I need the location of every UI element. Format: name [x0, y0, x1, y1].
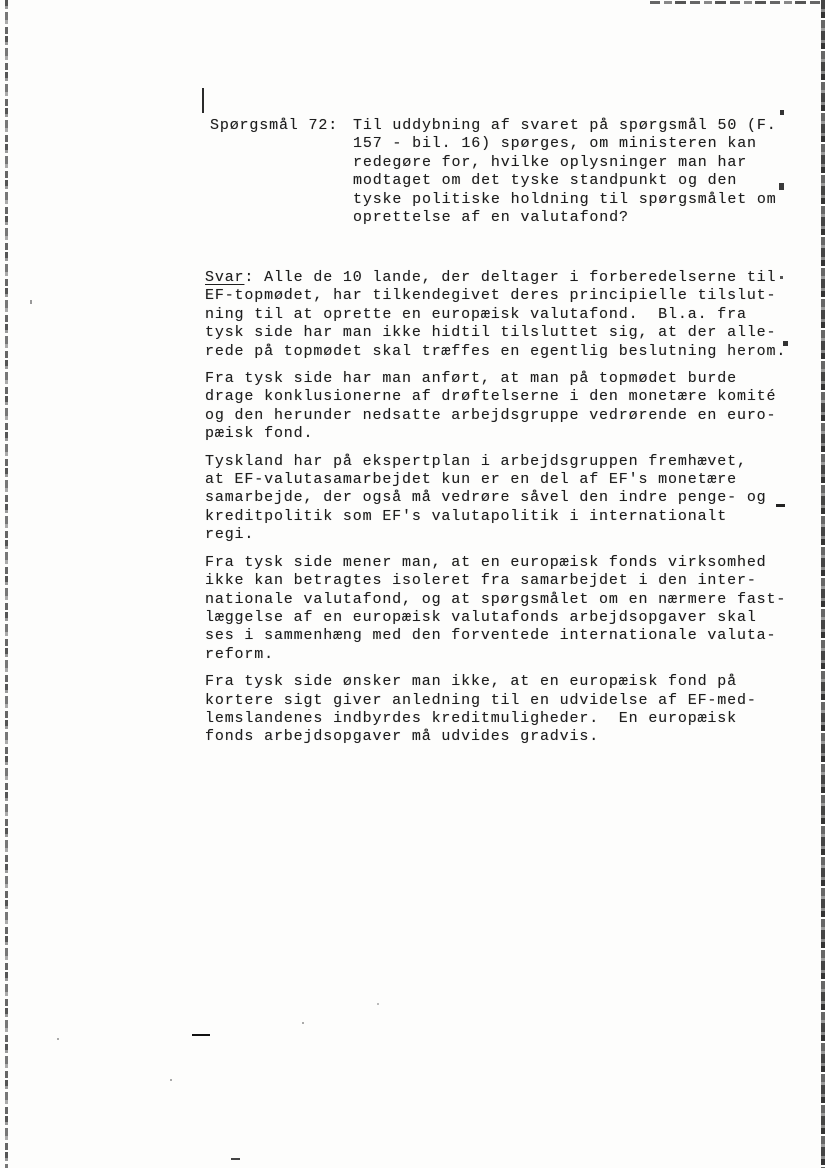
- question-number-label: Spørgsmål 72:: [210, 117, 353, 135]
- scan-speck: [377, 1003, 379, 1005]
- scan-speck: [302, 1022, 304, 1024]
- horizontal-dash-mark: [192, 1034, 210, 1036]
- answer-paragraph-3: Tyskland har på ekspertplan i arbejdsgru…: [205, 453, 795, 545]
- answer-paragraph-1: Svar: Alle de 10 lande, der deltager i f…: [205, 269, 795, 361]
- pen-tick-mark: [202, 88, 204, 113]
- answer-first-line: Svar: Alle de 10 lande, der deltager i f…: [205, 269, 795, 287]
- answer-paragraph-5: Fra tysk side ønsker man ikke, at en eur…: [205, 673, 795, 747]
- scan-speck: [170, 1079, 172, 1081]
- scanned-document-page: Spørgsmål 72: Til uddybning af svaret på…: [0, 0, 825, 1168]
- scan-speck: [57, 1038, 59, 1040]
- answer-paragraph-1-lines: EF-topmødet, har tilkendegivet deres pri…: [205, 287, 795, 361]
- scan-edge-left-line: [5, 0, 8, 1168]
- answer-paragraph-2: Fra tysk side har man anført, at man på …: [205, 370, 795, 444]
- question-section: Spørgsmål 72: Til uddybning af svaret på…: [210, 117, 777, 227]
- scan-smudge: [780, 110, 784, 115]
- scan-smudge: [779, 183, 784, 190]
- scan-edge-right-line: [821, 0, 825, 1168]
- scan-edge-top-line: [650, 1, 821, 4]
- answer-first-line-rest: : Alle de 10 lande, der deltager i forbe…: [244, 269, 776, 286]
- bottom-dash-mark: [231, 1158, 240, 1160]
- svar-label: Svar: [205, 269, 244, 286]
- question-text: Til uddybning af svaret på spørgsmål 50 …: [353, 117, 777, 227]
- scan-speck: [30, 300, 32, 304]
- answer-paragraph-4: Fra tysk side mener man, at en europæisk…: [205, 554, 795, 664]
- answer-section: Svar: Alle de 10 lande, der deltager i f…: [205, 269, 795, 747]
